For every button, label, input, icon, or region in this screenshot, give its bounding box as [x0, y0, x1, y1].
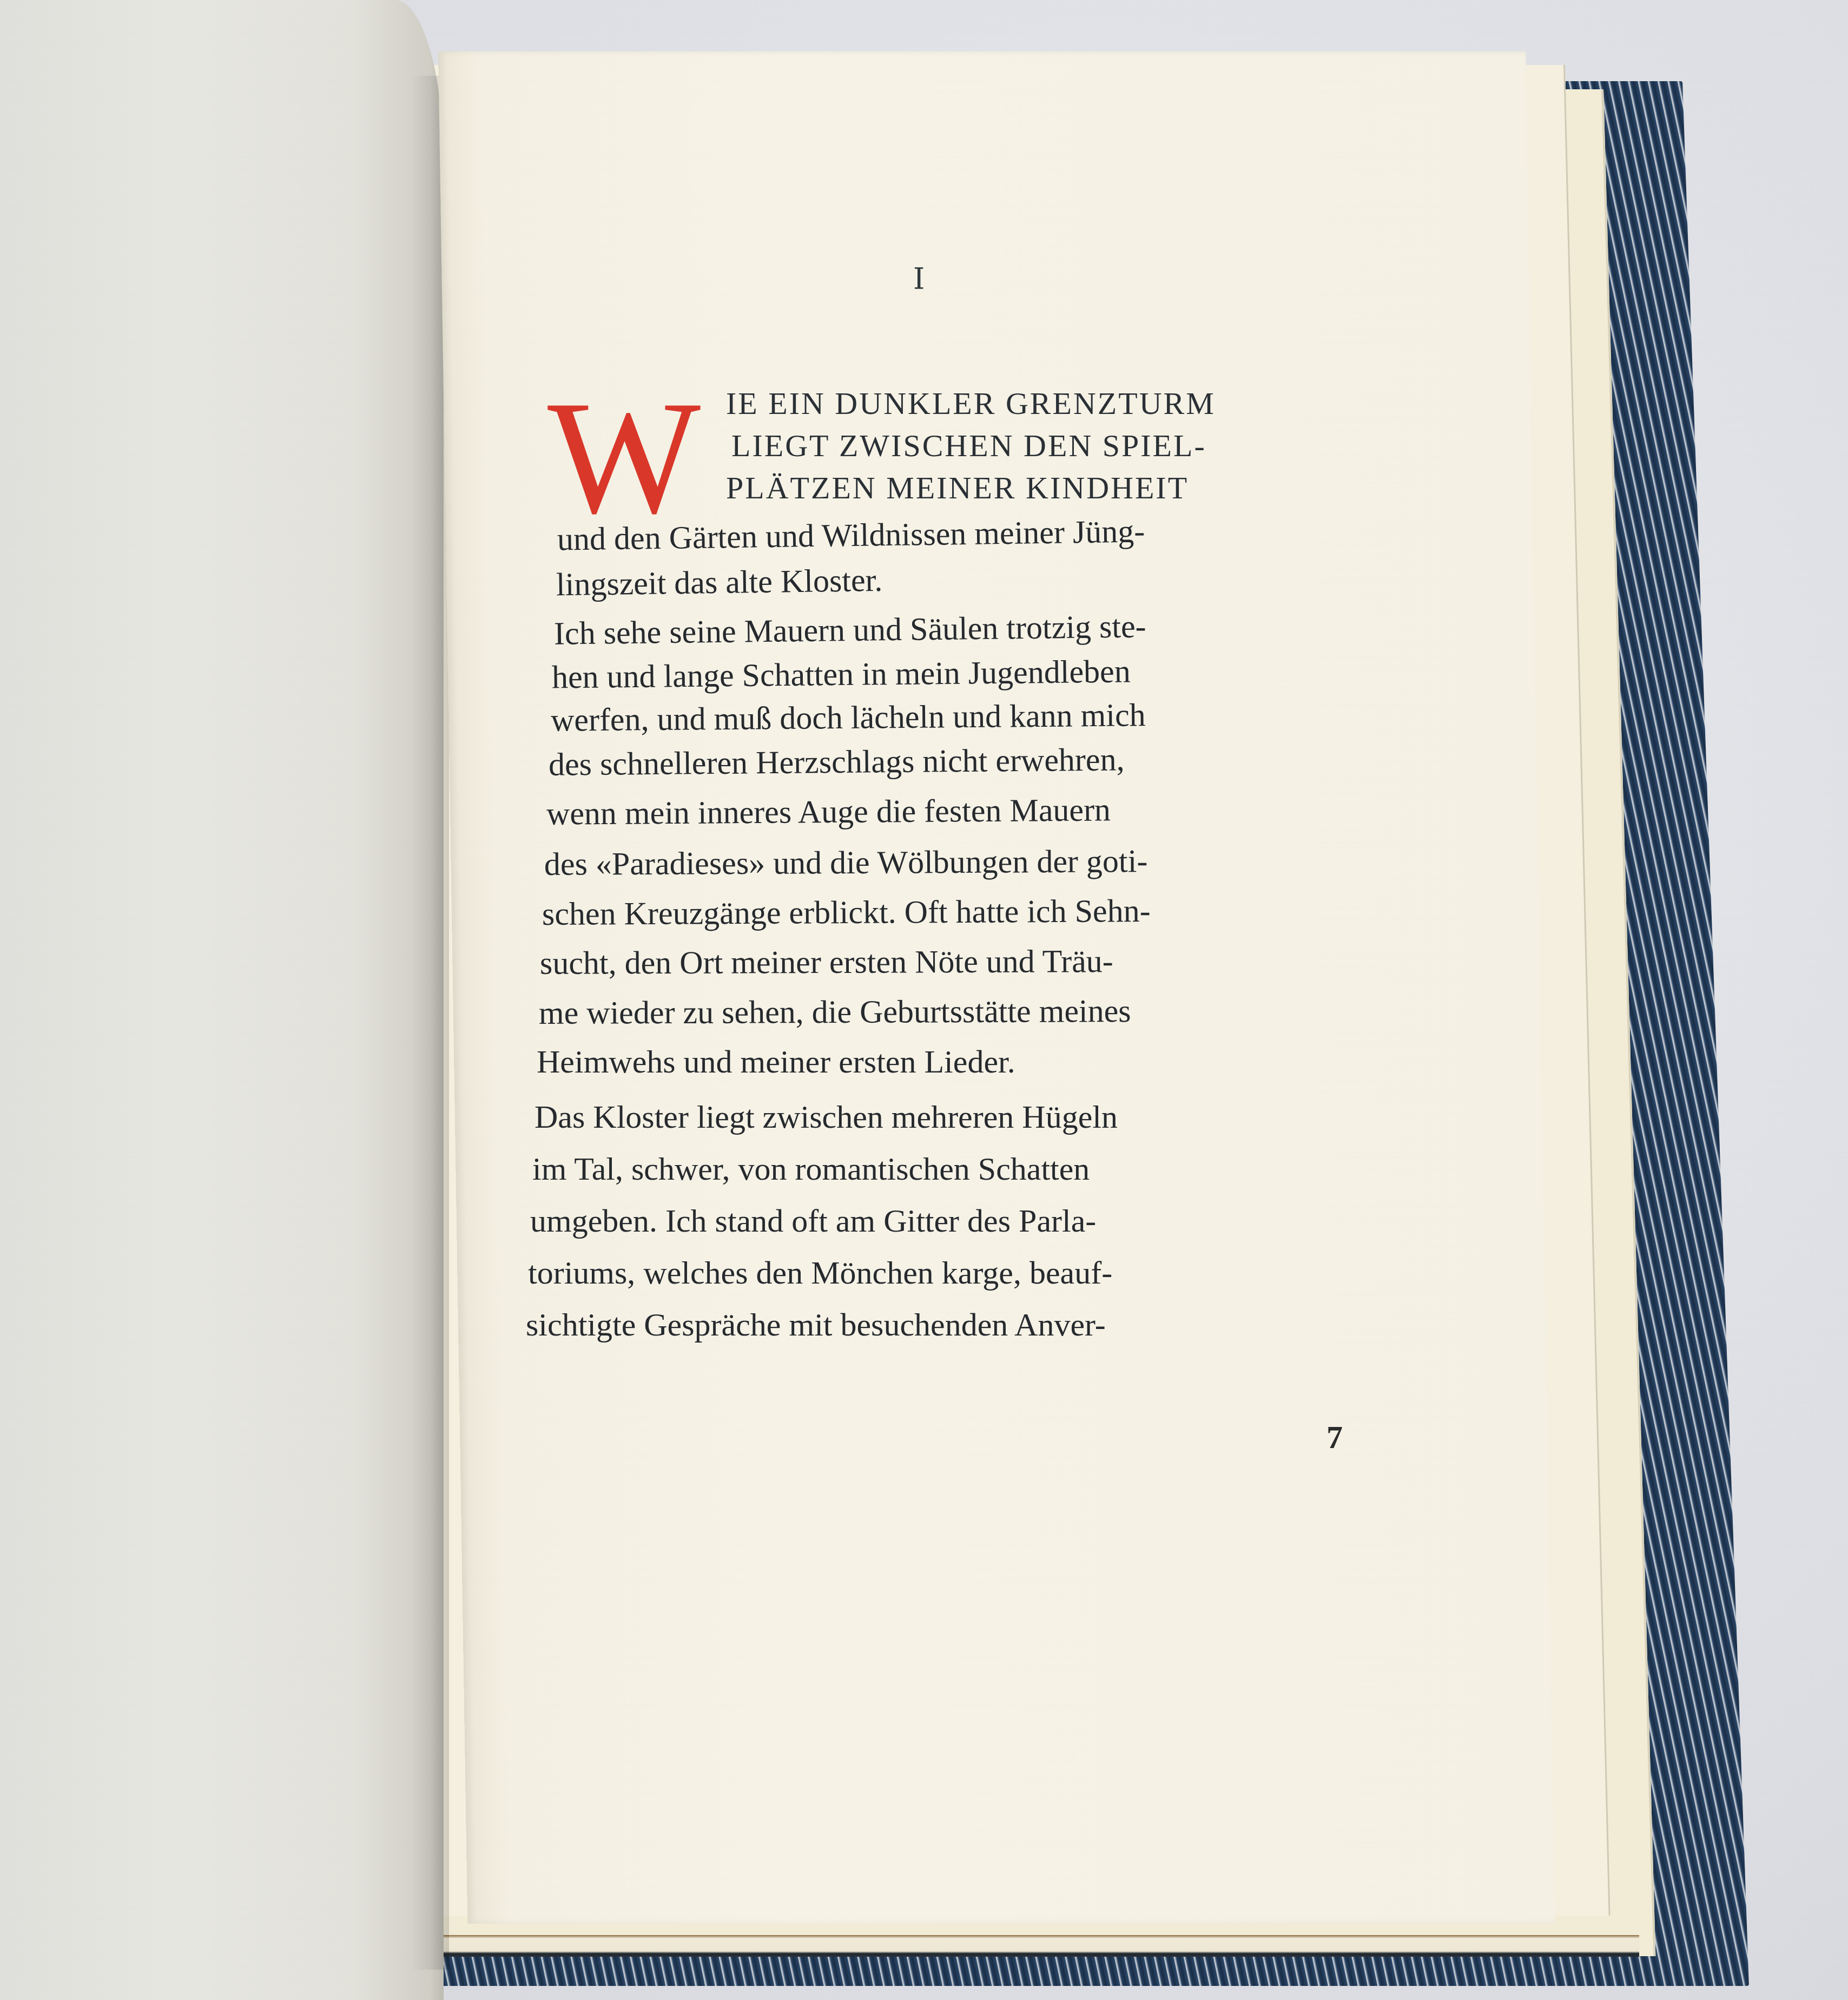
body-line: wenn mein inneres Auge die festen Mauern [546, 791, 1111, 832]
body-line: me wieder zu sehen, die Geburtsstätte me… [539, 992, 1131, 1032]
opening-line-1: IE EIN DUNKLER GRENZTURM [726, 385, 1216, 422]
body-line: Heimwehs und meiner ersten Lieder. [537, 1043, 1015, 1081]
body-line: schen Kreuzgänge erblickt. Oft hatte ich… [542, 892, 1151, 933]
body-line: im Tal, schwer, von romantischen Schatte… [532, 1150, 1090, 1188]
body-line: Das Kloster liegt zwischen mehreren Hüge… [534, 1098, 1118, 1136]
body-line: Ich sehe seine Mauern und Säulen trotzig… [554, 608, 1146, 652]
opening-line-2: LIEGT ZWISCHEN DEN SPIEL- [731, 427, 1206, 464]
body-line: toriums, welches den Mönchen karge, beau… [528, 1254, 1112, 1292]
right-page [438, 51, 1555, 1924]
body-line: sucht, den Ort meiner ersten Nöte und Tr… [540, 943, 1113, 982]
opening-line-3: PLÄTZEN MEINER KINDHEIT [726, 470, 1189, 506]
body-line: des schnelleren Herzschlags nicht erwehr… [549, 741, 1125, 783]
body-line: werfen, und muß doch lächeln und kann mi… [551, 696, 1146, 739]
chapter-numeral: I [913, 262, 925, 296]
body-line: sichtigte Gespräche mit besuchenden Anve… [526, 1306, 1106, 1344]
page-number: 7 [1326, 1419, 1343, 1456]
body-line: lingszeit das alte Kloster. [556, 562, 883, 603]
body-line: des «Paradieses» und die Wölbungen der g… [544, 843, 1148, 883]
body-line: hen und lange Schatten in mein Jugendleb… [552, 653, 1131, 696]
body-line: umgeben. Ich stand oft am Gitter des Par… [530, 1202, 1096, 1240]
page-bottom-edge [362, 1935, 1639, 1957]
left-page [0, 0, 444, 2000]
drop-cap: W [547, 376, 701, 538]
